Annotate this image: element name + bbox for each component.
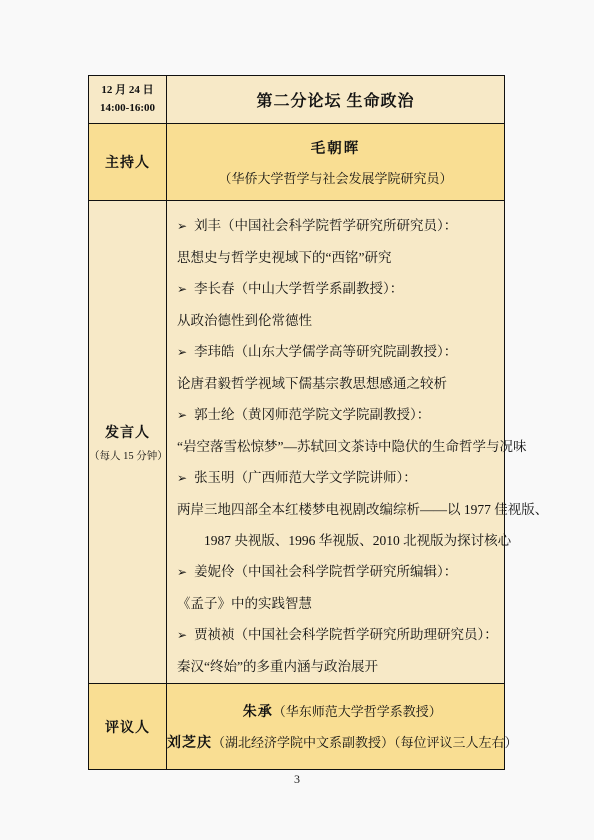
- speaker-line: ➢郭士纶（黄冈师范学院文学院副教授）：: [177, 399, 548, 431]
- session-title-cell: 第二分论坛 生命政治: [167, 76, 504, 123]
- talk-title: 思想史与哲学史视域下的“西铭”研究: [177, 242, 548, 273]
- session-time: 14:00-16:00: [100, 100, 155, 117]
- arrow-bullet-icon: ➢: [177, 219, 187, 233]
- reviewer-name: 刘芝庆: [167, 736, 212, 751]
- program-page: 12 月 24 日 14:00-16:00 第二分论坛 生命政治 主持人 毛朝晖…: [0, 0, 594, 840]
- speaker-line: ➢贾祯祯（中国社会科学院哲学研究所助理研究员）：: [177, 619, 548, 651]
- talk-title: 两岸三地四部全本红楼梦电视剧改编综析——以 1977 佳视版、: [177, 494, 548, 525]
- session-header-row: 12 月 24 日 14:00-16:00 第二分论坛 生命政治: [89, 76, 504, 124]
- arrow-bullet-icon: ➢: [177, 471, 187, 485]
- speakers-row: 发言人 （每人 15 分钟） ➢刘丰（中国社会科学院哲学研究所研究员）： 思想史…: [89, 201, 504, 684]
- talk-title: 论唐君毅哲学视域下儒基宗教思想感通之较析: [177, 368, 548, 399]
- session-title: 第二分论坛 生命政治: [256, 88, 414, 111]
- speaker-name-affiliation: 张玉明（广西师范大学文学院讲师）：: [194, 470, 417, 485]
- page-number: 3: [0, 772, 594, 787]
- speakers-label: 发言人: [105, 422, 150, 442]
- speaker-name-affiliation: 李长春（中山大学哲学系副教授）：: [194, 281, 403, 296]
- reviewer-line: 刘芝庆（湖北经济学院中文系副教授）（每位评议三人左右）: [167, 732, 518, 752]
- arrow-bullet-icon: ➢: [177, 565, 187, 579]
- session-date: 12 月 24 日: [101, 82, 153, 99]
- host-label: 主持人: [105, 152, 150, 172]
- speakers-content-cell: ➢刘丰（中国社会科学院哲学研究所研究员）： 思想史与哲学史视域下的“西铭”研究 …: [167, 201, 556, 683]
- talk-title-continued: 1987 央视版、1996 华视版、2010 北视版为探讨核心: [177, 525, 548, 556]
- speaker-name-affiliation: 郭士纶（黄冈师范学院文学院副教授）：: [194, 407, 430, 422]
- reviewer-line: 朱承（华东师范大学哲学系教授）: [243, 701, 442, 721]
- host-label-cell: 主持人: [89, 124, 167, 200]
- arrow-bullet-icon: ➢: [177, 408, 187, 422]
- speakers-sublabel: （每人 15 分钟）: [89, 448, 166, 463]
- reviewers-content-cell: 朱承（华东师范大学哲学系教授） 刘芝庆（湖北经济学院中文系副教授）（每位评议三人…: [167, 684, 518, 769]
- talk-title: 从政治德性到伦常德性: [177, 305, 548, 336]
- session-table: 12 月 24 日 14:00-16:00 第二分论坛 生命政治 主持人 毛朝晖…: [88, 75, 505, 770]
- speaker-line: ➢刘丰（中国社会科学院哲学研究所研究员）：: [177, 210, 548, 242]
- arrow-bullet-icon: ➢: [177, 628, 187, 642]
- reviewers-label-cell: 评议人: [89, 684, 167, 769]
- host-content-cell: 毛朝晖 （华侨大学哲学与社会发展学院研究员）: [167, 124, 504, 200]
- talk-title: “岩空落雪松惊梦”—苏轼回文茶诗中隐伏的生命哲学与况味: [177, 431, 548, 462]
- reviewer-affiliation: （华东师范大学哲学系教授）: [273, 704, 442, 719]
- speaker-name-affiliation: 刘丰（中国社会科学院哲学研究所研究员）：: [194, 218, 457, 233]
- reviewer-name: 朱承: [243, 705, 273, 720]
- arrow-bullet-icon: ➢: [177, 345, 187, 359]
- speaker-name-affiliation: 姜妮伶（中国社会科学院哲学研究所编辑）：: [194, 564, 457, 579]
- host-name: 毛朝晖: [311, 137, 361, 158]
- speaker-line: ➢张玉明（广西师范大学文学院讲师）：: [177, 462, 548, 494]
- reviewers-row: 评议人 朱承（华东师范大学哲学系教授） 刘芝庆（湖北经济学院中文系副教授）（每位…: [89, 684, 504, 769]
- host-affiliation: （华侨大学哲学与社会发展学院研究员）: [218, 168, 452, 187]
- speakers-label-cell: 发言人 （每人 15 分钟）: [89, 201, 167, 683]
- host-row: 主持人 毛朝晖 （华侨大学哲学与社会发展学院研究员）: [89, 124, 504, 201]
- talk-title: 《孟子》中的实践智慧: [177, 588, 548, 619]
- session-datetime-cell: 12 月 24 日 14:00-16:00: [89, 76, 167, 123]
- talk-title: 秦汉“终始”的多重内涵与政治展开: [177, 651, 548, 682]
- speaker-line: ➢姜妮伶（中国社会科学院哲学研究所编辑）：: [177, 556, 548, 588]
- speaker-line: ➢李玮皓（山东大学儒学高等研究院副教授）：: [177, 336, 548, 368]
- speaker-line: ➢李长春（中山大学哲学系副教授）：: [177, 273, 548, 305]
- speaker-name-affiliation: 李玮皓（山东大学儒学高等研究院副教授）：: [194, 344, 457, 359]
- reviewer-affiliation: （湖北经济学院中文系副教授）（每位评议三人左右）: [212, 735, 518, 750]
- speaker-name-affiliation: 贾祯祯（中国社会科学院哲学研究所助理研究员）：: [194, 627, 498, 642]
- reviewers-label: 评议人: [105, 717, 150, 737]
- arrow-bullet-icon: ➢: [177, 282, 187, 296]
